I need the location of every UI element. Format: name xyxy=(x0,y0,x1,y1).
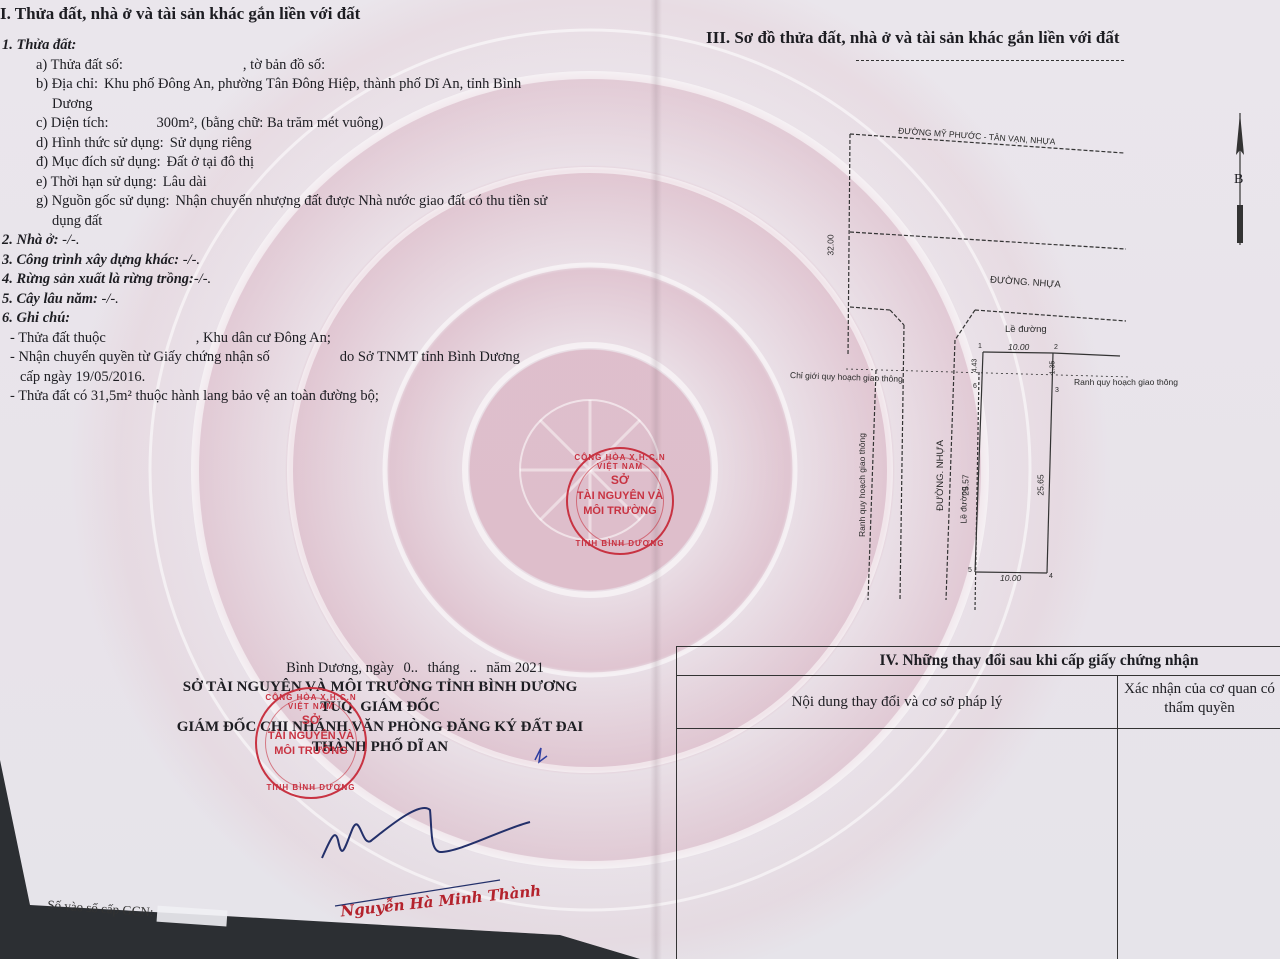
changes-body xyxy=(677,729,1280,959)
dim-small-left: 4.43 xyxy=(971,359,978,373)
planning-line-vertical: Ranh quy hoạch giao thông xyxy=(857,433,867,537)
changes-title: IV. Những thay đổi sau khi cấp giấy chứn… xyxy=(677,647,1280,676)
point-4: 4 xyxy=(1049,573,1053,580)
changes-table: IV. Những thay đổi sau khi cấp giấy chứn… xyxy=(676,646,1280,959)
col-change-content: Nội dung thay đổi và cơ sở pháp lý xyxy=(677,676,1118,728)
point-2: 2 xyxy=(1054,344,1058,351)
col-authority-confirmation: Xác nhận của cơ quan có thẩm quyền xyxy=(1118,676,1280,728)
sidewalk-label-top: Lề đường xyxy=(1005,324,1047,335)
authority-cell xyxy=(1118,729,1280,959)
dim-top: 10.00 xyxy=(1008,342,1029,352)
point-5: 5 xyxy=(968,567,972,574)
road-label-vertical: ĐƯỜNG. NHỰA xyxy=(935,440,946,511)
dim-right-side: 25.65 xyxy=(1036,474,1046,495)
point-1: 1 xyxy=(978,343,982,350)
changes-header: Nội dung thay đổi và cơ sở pháp lý Xác n… xyxy=(677,676,1280,729)
north-arrow-label: B xyxy=(1234,172,1243,188)
change-content-cell xyxy=(677,729,1118,959)
sidewalk-label-side: Lề đường xyxy=(959,486,969,523)
dim-bottom: 10.00 xyxy=(1000,573,1021,583)
point-6: 6 xyxy=(973,383,977,390)
dim-small-right: 1.35 xyxy=(1049,361,1056,375)
planning-line-right: Ranh quy hoạch giao thông xyxy=(1074,377,1178,387)
point-3: 3 xyxy=(1055,387,1059,394)
dim-left-edge: 32.00 xyxy=(826,234,836,255)
